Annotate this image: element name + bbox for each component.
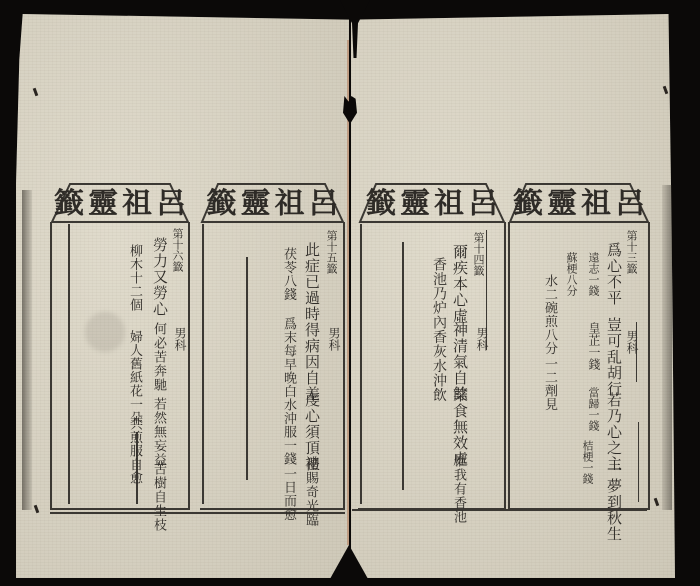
slip-16: 呂祖靈籤 第十六籤 男科 勞力又勞心 何必苦奔馳 若然無妄益 苦樹自生枝 柳木十…: [50, 182, 190, 510]
prescription-note: 茯苓八錢: [282, 247, 295, 301]
paper-stain: [85, 312, 125, 352]
slip-15: 呂祖靈籤 第十五籤 男科 此症已過時 得病因自差 虔心須頂禮 秘賜奇光臨 茯苓八…: [200, 182, 345, 510]
slip-number: 第十五籤: [326, 230, 337, 274]
slip-number: 第十四籤: [473, 232, 484, 276]
verse-line: 得病因自差: [304, 322, 319, 402]
slip-frame: [50, 222, 190, 510]
slip-title: 呂祖靈籤: [50, 186, 190, 222]
inner-rule: [402, 242, 404, 490]
slip-header: 呂祖靈籤: [358, 182, 506, 224]
verse-line: 爾疾本心虛: [452, 244, 467, 324]
herb-note: 蘇梗八分: [566, 252, 577, 296]
verse-line: 勞力又勞心: [152, 237, 167, 317]
slip-title: 呂祖靈籤: [200, 186, 345, 222]
slip-category: 男科: [328, 327, 340, 351]
inner-rule: [68, 224, 70, 504]
verse-line: 此症已過時: [304, 242, 319, 322]
inner-rule: [638, 422, 639, 502]
instruction: 爲末每早晚白水沖服一錢: [282, 317, 295, 466]
instruction: 水二碗煎八分: [543, 274, 556, 355]
slip-title: 呂祖靈籤: [508, 186, 650, 222]
prescription: 桔梗一錢: [582, 440, 593, 484]
verse-line: 若然無妄益: [152, 397, 165, 467]
slip-number: 第十六籤: [172, 228, 183, 272]
prescription: 遠志一錢: [588, 252, 599, 296]
verse-line: 爲心不平: [606, 242, 621, 306]
slip-frame: [200, 222, 345, 510]
slip-category: 男科: [476, 327, 488, 351]
slip-title: 呂祖靈籤: [358, 186, 506, 222]
verse-line: 一夢到秋生: [606, 462, 621, 542]
verse-line: 苦樹自生枝: [152, 462, 165, 532]
slip-category: 男科: [174, 327, 186, 351]
slip-header: 呂祖靈籤: [200, 182, 345, 224]
slip-14: 呂祖靈籤 第十四籤 男科 爾疾本心虛 神清氣自餘 菜食無效處 惟我有香池 香池乃…: [358, 182, 506, 510]
bottom-rule-left: [50, 512, 345, 514]
instruction: 香池乃炉內香灰水沖飲: [432, 257, 446, 402]
slip-header: 呂祖靈籤: [508, 182, 650, 224]
inner-rule: [246, 257, 248, 480]
verse-line: 何必苦奔馳: [152, 322, 165, 392]
prescription: 當歸一錢: [588, 387, 599, 431]
edge-ink-smear: [662, 185, 672, 510]
prescription: 皇芷一錢: [588, 322, 600, 370]
verse-line: 若乃心之主: [606, 392, 621, 472]
slip-header: 呂祖靈籤: [50, 182, 190, 224]
verse-line: 惟我有香池: [452, 454, 465, 524]
instruction: 一日而愈: [282, 467, 295, 521]
prescription: 婦人舊紙花一朵: [128, 330, 141, 425]
instruction: 共煎服自愈: [128, 417, 141, 485]
slip-category: 男科: [626, 330, 638, 354]
inner-rule: [360, 224, 362, 504]
prescription: 柳木十二個: [128, 244, 141, 312]
verse-line: 豈可乱胡行: [606, 317, 621, 397]
inner-rule: [202, 224, 204, 504]
slip-number: 第十三籤: [626, 230, 637, 274]
instruction: 一二劑見: [543, 357, 556, 411]
slip-13: 呂祖靈籤 第十三籤 男科 爲心不平 豈可乱胡行 若乃心之主 一夢到秋生 遠志一錢…: [508, 182, 650, 510]
edge-ink-smear: [22, 190, 32, 510]
verse-line: 秘賜奇光臨: [304, 457, 317, 527]
